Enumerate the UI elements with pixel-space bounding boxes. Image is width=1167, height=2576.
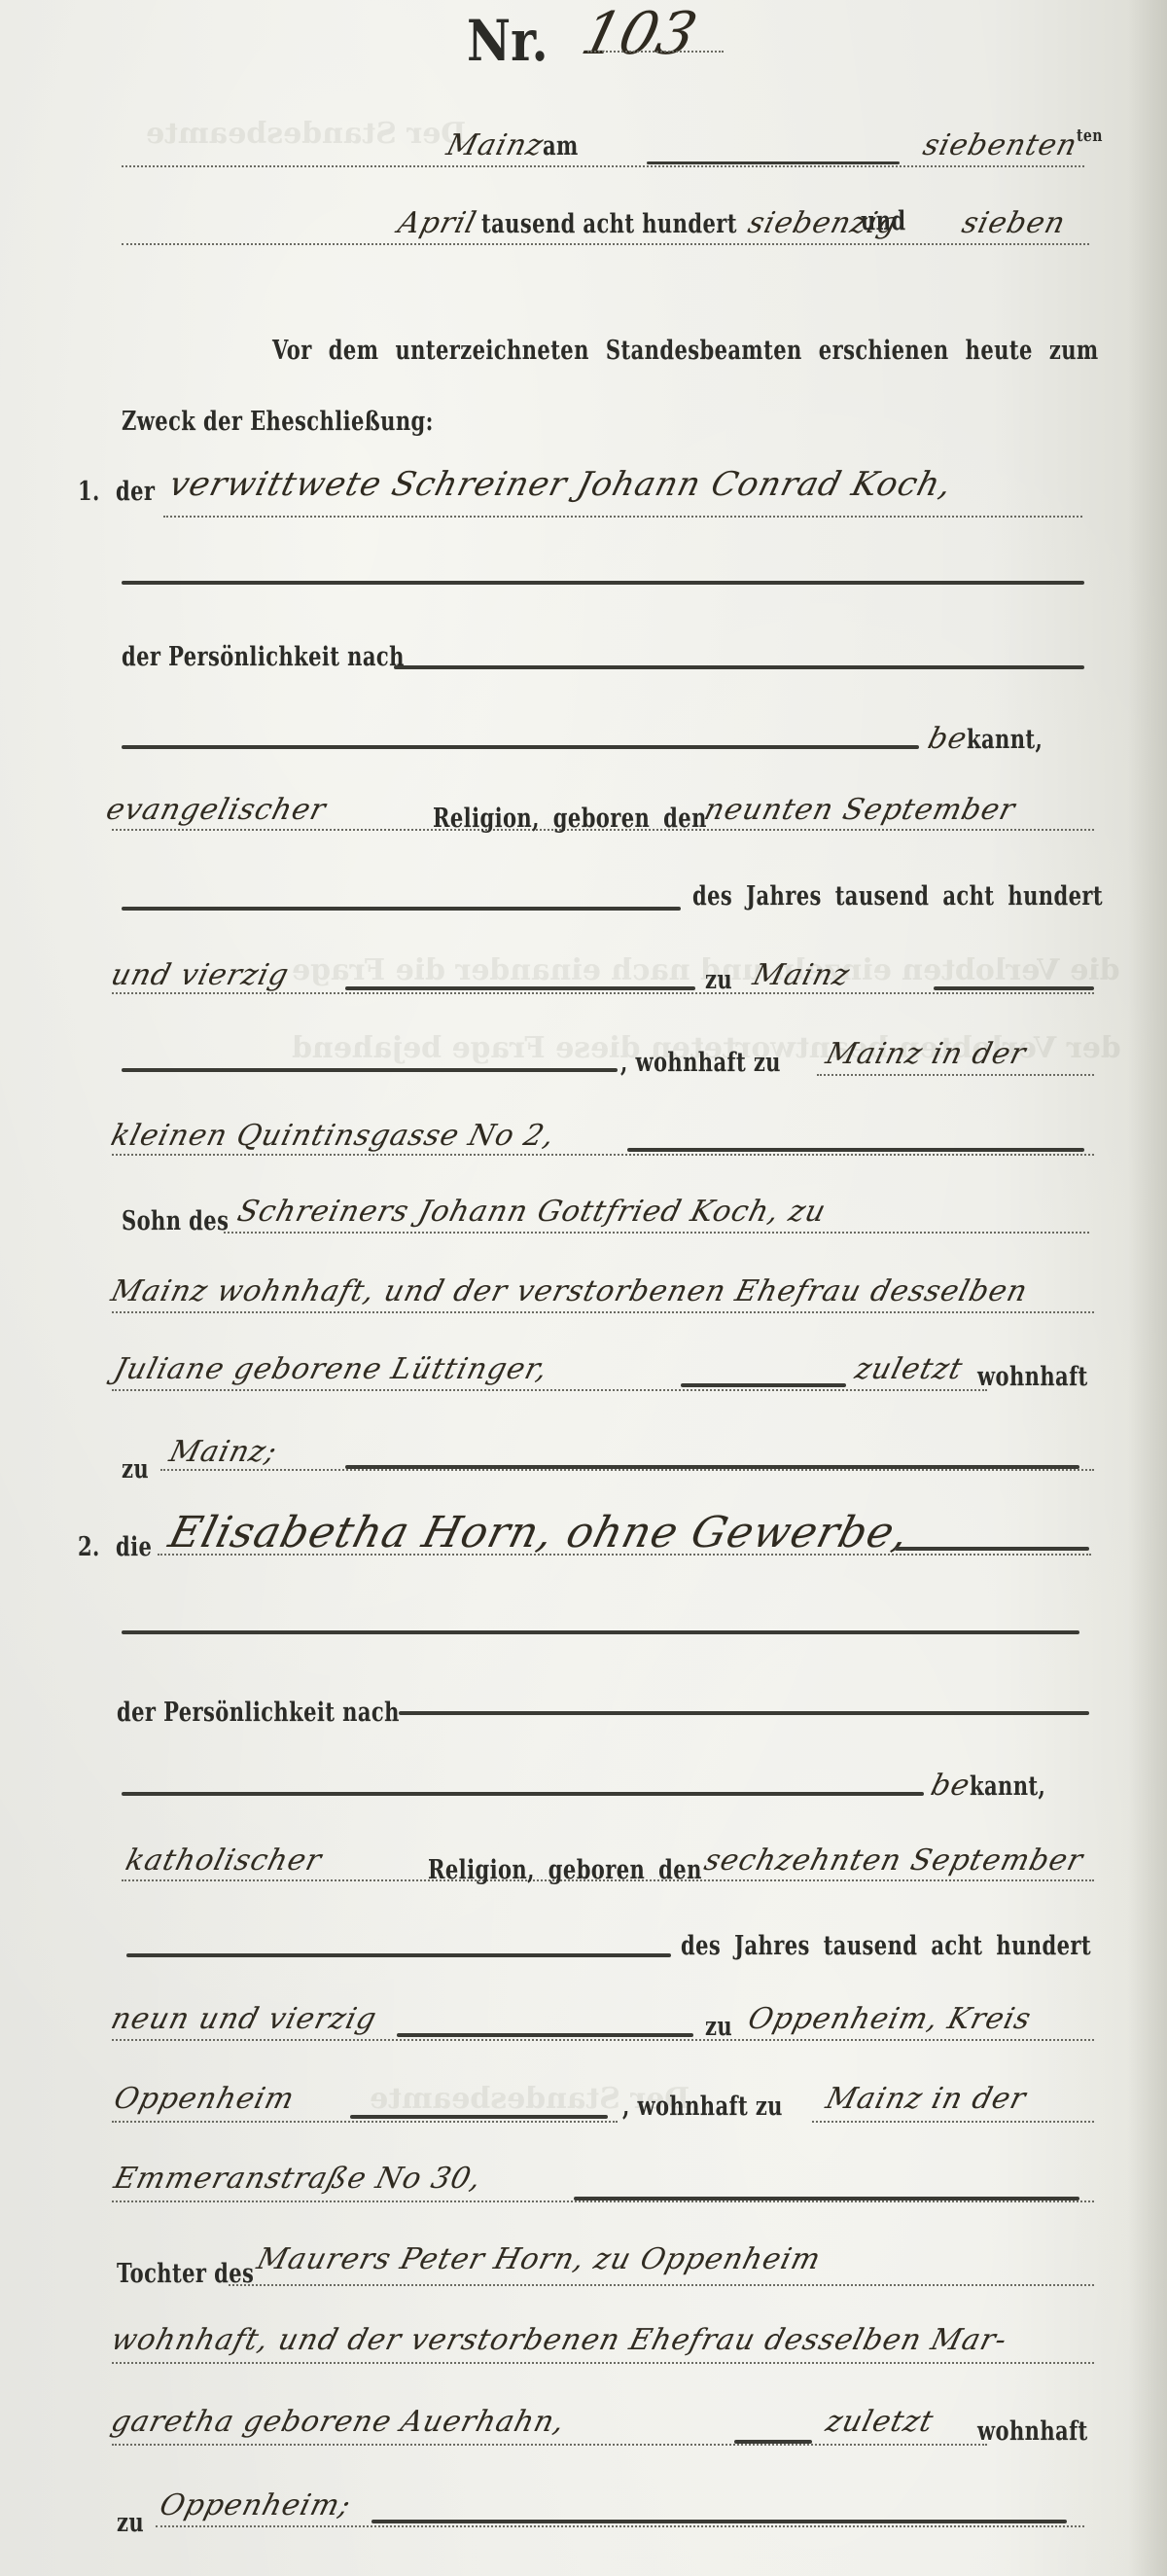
bride-mother-res-field: Oppenheim; [157, 2488, 355, 2522]
dotted-line [112, 2444, 987, 2446]
blank-rule [122, 1792, 924, 1796]
groom-birthdate-line: neunten September [705, 793, 1014, 827]
bride-religion-line: katholischer [126, 1843, 321, 1878]
dotted-line [112, 2121, 618, 2123]
groom-father-field: Schreiners Johann Gottfried Koch, zu [234, 1195, 831, 1229]
bride-religion-label: Religion, geboren den [428, 1855, 702, 1885]
bride-mother-res-line: Oppenheim; [160, 2488, 350, 2522]
month-field: April [395, 206, 480, 240]
bride-identity-label: der Persönlichkeit nach [117, 1698, 400, 1728]
page-edge-shadow [1128, 0, 1167, 2576]
groom-article: der [116, 477, 155, 507]
bride-birthplace2-field: Oppenheim [111, 2082, 299, 2116]
bride-birthyear-field: neun und vierzig [108, 2002, 381, 2036]
dotted-line [112, 992, 1094, 994]
groom-known-prefix: be [925, 722, 972, 756]
blank-rule [345, 986, 695, 990]
groom-religion-field: evangelischer [103, 793, 330, 827]
day-suffix: ten [1077, 125, 1103, 146]
groom-mother-res-zu: zu [122, 1454, 157, 1485]
groom-religion-line: evangelischer [107, 793, 326, 827]
groom-year-line: des Jahres tausend acht hundert [692, 881, 1167, 912]
bride-mother-res-zu-label: zu [117, 2508, 144, 2538]
groom-parents-line2: Mainz wohnhaft, und der verstorbenen Ehe… [112, 1274, 1027, 1308]
dotted-line [112, 1154, 1094, 1156]
bride-birthplace-line: Oppenheim, Kreis [749, 2002, 1031, 2036]
day-line: siebenten ten [924, 128, 1111, 162]
bride-zu-line: zu [705, 2012, 740, 2042]
bride-father-line: Maurers Peter Horn, zu Oppenheim [258, 2242, 820, 2276]
year-unit-field: sieben [959, 206, 1070, 240]
groom-mother-res-field: Mainz; [166, 1435, 281, 1469]
bride-identity-field [399, 1711, 1089, 1715]
dotted-line [587, 51, 724, 53]
bride-last-label: zuletzt [823, 2405, 937, 2439]
groom-residence-field: Mainz in der [823, 1037, 1030, 1071]
bride-residence-field: Mainz in der [823, 2082, 1030, 2116]
dotted-line [156, 2525, 1084, 2527]
blank-rule [122, 581, 1084, 585]
preamble-text-1: Vor dem unterzeichneten Standesbeamten e… [272, 336, 1099, 366]
groom-identity-field [394, 665, 1084, 669]
blank-rule [122, 1068, 618, 1072]
bride-year-line: des Jahres tausend acht hundert [681, 1931, 1167, 1961]
bride-father-field: Maurers Peter Horn, zu Oppenheim [254, 2242, 825, 2276]
bride-religion-field: katholischer [123, 1843, 326, 1878]
groom-birthyear-line: und vierzig [112, 958, 289, 992]
dotted-line [122, 165, 1084, 167]
blank-rule [734, 2440, 812, 2444]
dotted-line [112, 2039, 1094, 2041]
bride-known-line: be kannt, [932, 1769, 1067, 1803]
groom-residence-line: , wohnhaft zu [620, 1048, 826, 1078]
groom-year-label: des Jahres tausend acht hundert [692, 881, 1103, 912]
blank-rule [681, 1383, 846, 1387]
groom-birthyear-field: und vierzig [108, 958, 293, 992]
bride-name-line: Elisabetha Horn, ohne Gewerbe, [170, 1508, 908, 1557]
am-label: am [543, 131, 579, 161]
groom-street-field: kleinen Quintinsgasse No 2, [108, 1119, 559, 1153]
blank-rule [934, 986, 1094, 990]
groom-zu-line: zu [705, 965, 740, 995]
groom-mother-res-zu-label: zu [122, 1454, 149, 1485]
bride-heading: 2. die [78, 1532, 162, 1562]
bride-number: 2. [78, 1532, 100, 1562]
day-field: siebenten [920, 128, 1081, 162]
bride-parent-label: Tochter des [117, 2259, 254, 2289]
dotted-line [163, 516, 1082, 518]
blank-rule [574, 2197, 1079, 2200]
bride-parents-field: wohnhaft, und der verstorbenen Ehefrau d… [108, 2323, 1011, 2357]
groom-birthplace-field: Mainz [750, 958, 854, 992]
groom-name-field: verwittwete Schreiner Johann Conrad Koch… [165, 465, 956, 504]
bride-residence-label: , wohnhaft zu [622, 2092, 783, 2122]
bride-zu-label: zu [705, 2012, 732, 2042]
bride-mother-line: garetha geborene Auerhahn, [112, 2405, 564, 2439]
blank-rule [122, 1630, 1079, 1634]
groom-last-label: zuletzt [852, 1352, 967, 1386]
blank-rule [126, 1953, 671, 1957]
bride-known-label: kannt, [970, 1771, 1045, 1802]
bride-wohnhaft-label: wohnhaft [977, 2416, 1088, 2447]
preamble-text-2: Zweck der Eheschließung: [122, 407, 434, 437]
groom-residence-value-line: Mainz in der [827, 1037, 1026, 1071]
dotted-line [112, 2200, 1094, 2202]
blank-rule [895, 1547, 1089, 1551]
bride-year-label: des Jahres tausend acht hundert [681, 1931, 1091, 1961]
bride-street-field: Emmeranstraße No 30, [111, 2162, 485, 2196]
blank-rule [371, 2520, 1067, 2523]
bleed-through-text: Der Standesbeamte [146, 117, 466, 151]
preamble-line-1: Vor dem unterzeichneten Standesbeamten e… [272, 336, 1167, 366]
bride-birthyear-line: neun und vierzig [112, 2002, 376, 2036]
groom-parent-label: Sohn des [122, 1206, 229, 1236]
bride-residence-line: , wohnhaft zu [622, 2092, 828, 2122]
groom-residence-label: , wohnhaft zu [620, 1048, 781, 1078]
record-number-value: 103 [575, 0, 703, 68]
groom-identity-label: der Persönlichkeit nach [122, 642, 405, 672]
und-line: und [861, 206, 919, 236]
groom-last-line: zuletzt [856, 1352, 962, 1386]
bride-known-prefix: be [928, 1769, 974, 1803]
groom-zu-label: zu [705, 965, 732, 995]
groom-parents-field: Mainz wohnhaft, und der verstorbenen Ehe… [108, 1274, 1032, 1308]
bride-mother-res-zu: zu [117, 2508, 152, 2538]
year-text-label: tausend acht hundert [481, 209, 737, 239]
groom-wohnhaft-line: wohnhaft [977, 1362, 1119, 1392]
groom-name-line: verwittwete Schreiner Johann Conrad Koch… [170, 465, 951, 504]
bride-name-field: Elisabetha Horn, ohne Gewerbe, [164, 1508, 915, 1557]
groom-mother-res-line: Mainz; [170, 1435, 276, 1469]
record-number-label: Nr. [467, 8, 548, 74]
groom-birthdate-field: neunten September [701, 793, 1019, 827]
bride-article: die [116, 1532, 152, 1562]
und-label: und [861, 206, 906, 236]
groom-father-line: Schreiners Johann Gottfried Koch, zu [238, 1195, 826, 1229]
dotted-line [817, 1074, 1094, 1076]
dotted-line [812, 2121, 1094, 2123]
bride-birthplace-field: Oppenheim, Kreis [745, 2002, 1035, 2036]
unit-line: sieben [963, 206, 1065, 240]
groom-birthplace-line: Mainz [754, 958, 849, 992]
bride-mother-field: garetha geborene Auerhahn, [108, 2405, 569, 2439]
bride-birthdate-field: sechzehnten September [701, 1843, 1087, 1878]
dotted-line [112, 2362, 1094, 2364]
bride-last-line: zuletzt [827, 2405, 933, 2439]
groom-number: 1. [78, 477, 100, 507]
groom-religion-label: Religion, geboren den [433, 804, 707, 834]
dotted-line [229, 2284, 1094, 2286]
bride-residence-value-line: Mainz in der [827, 2082, 1026, 2116]
dotted-line [224, 1232, 1089, 1234]
place-field: Mainz [443, 128, 548, 162]
dotted-line [160, 1469, 1094, 1471]
preamble-line-2: Zweck der Eheschließung: [122, 407, 521, 437]
blank-rule [627, 1148, 1084, 1152]
blank-rule [350, 2115, 608, 2119]
groom-known-label: kannt, [967, 725, 1043, 755]
dotted-line [122, 243, 1089, 245]
groom-mother-field: Juliane geborene Lüttinger, [111, 1352, 552, 1386]
blank-rule [122, 907, 681, 911]
place-date-line: Mainz am [447, 128, 588, 162]
bride-birthdate-line: sechzehnten September [705, 1843, 1082, 1878]
groom-known-line: be kannt, [929, 722, 1064, 756]
groom-street-line: kleinen Quintinsgasse No 2, [112, 1119, 554, 1153]
bride-birthplace2-line: Oppenheim [115, 2082, 294, 2116]
blank-rule [345, 1465, 1079, 1469]
groom-wohnhaft-label: wohnhaft [977, 1362, 1088, 1392]
blank-rule [647, 161, 900, 164]
groom-mother-line: Juliane geborene Lüttinger, [115, 1352, 548, 1386]
dotted-line [112, 1389, 987, 1391]
register-page: Der Standesbeamte die Verlobten einzeln … [0, 0, 1167, 2576]
bride-wohnhaft-line: wohnhaft [977, 2416, 1119, 2447]
bride-street-line: Emmeranstraße No 30, [115, 2162, 481, 2196]
blank-rule [397, 2033, 693, 2037]
blank-rule [122, 745, 919, 749]
bride-parents-line2: wohnhaft, und der verstorbenen Ehefrau d… [112, 2323, 1007, 2357]
dotted-line [112, 1311, 1094, 1313]
groom-heading: 1. der [78, 477, 166, 507]
